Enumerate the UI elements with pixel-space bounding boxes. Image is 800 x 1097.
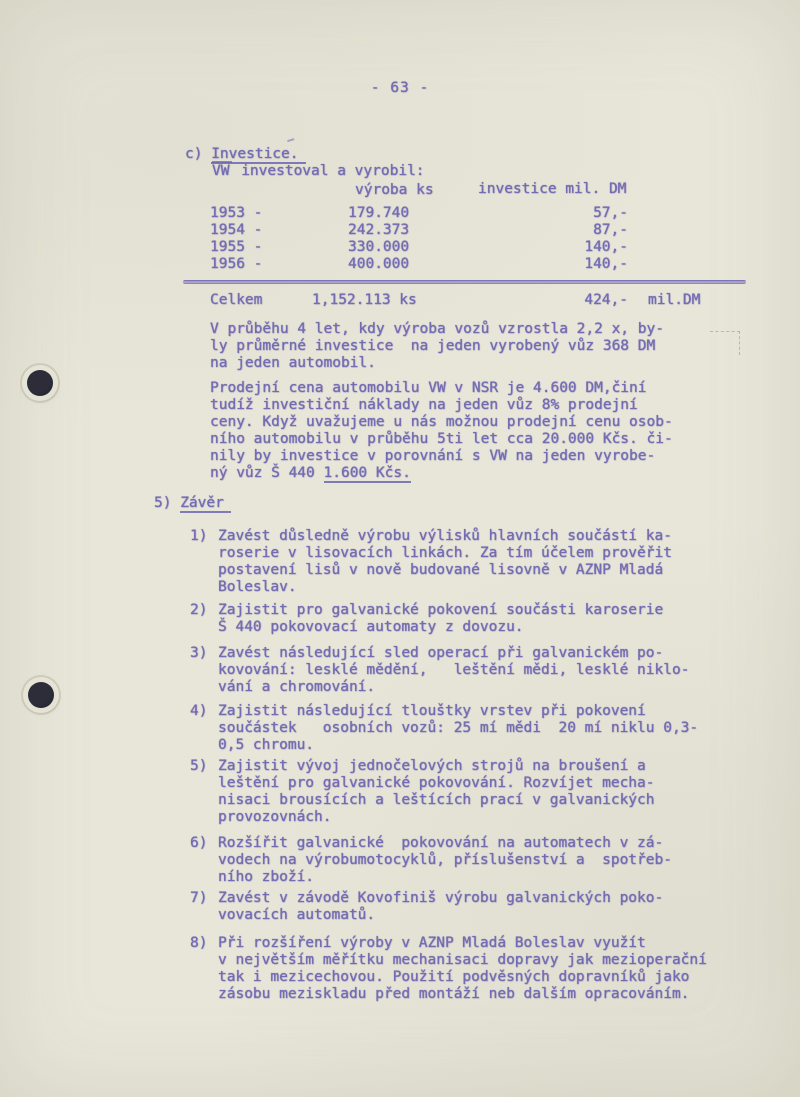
list-item-number: 7) [190,890,207,907]
list-item-text: Zajistit pro galvanické pokovení součást… [218,602,663,636]
year-cell: 1953 - [210,205,262,222]
underlined-value: 1.600 Kčs. [324,465,411,483]
year-cell: 1955 - [210,239,262,256]
production-cell: 400.000 [348,256,409,273]
list-item-text: Rozšířit galvanické pokovování na automa… [218,835,672,886]
production-cell: 242.373 [348,222,409,239]
punch-hole-top [27,370,53,396]
production-cell: 330.000 [348,239,409,256]
list-item-text: Zajistit vývoj jednočelových strojů na b… [218,758,655,826]
investment-cell: 57,- [540,205,628,222]
page-number: - 63 - [0,80,800,97]
vw-abbrev: VW [212,161,232,179]
section-5-label: 5) [154,495,171,511]
total-investment: 424,- [540,292,628,309]
pencil-annotation [710,331,740,355]
section-c-label: c) [185,146,202,162]
investment-cell: 140,- [540,239,628,256]
list-item-text: Zavést následující sled operací při galv… [218,645,689,696]
paragraph-price-comparison: Prodejní cena automobilu VW v NSR je 4.6… [210,380,673,482]
list-item-number: 6) [190,835,207,852]
table-col1-header: výroba ks [355,182,434,199]
investment-cell: 87,- [540,222,628,239]
section-c-subtitle: VW investoval a vyrobil: [212,163,425,180]
list-item-number: 2) [190,602,207,619]
list-item-text: Při rozšíření výroby v AZNP Mladá Bolesl… [218,935,707,1003]
list-item-number: 3) [190,645,207,662]
investment-cell: 140,- [540,256,628,273]
table-col2-header: investice mil. DM [478,181,626,198]
list-item-text: Zavést důsledně výrobu výlisků hlavních … [218,528,672,596]
section-5-heading: 5) Závěr [154,495,231,512]
list-item-number: 1) [190,528,207,545]
document-page: - 63 - c) Investice. VW investoval a vyr… [0,0,800,1097]
list-item-number: 4) [190,703,207,720]
year-cell: 1954 - [210,222,262,239]
year-cell: 1956 - [210,256,262,273]
table-rule [183,280,746,284]
list-item-number: 8) [190,935,207,952]
list-item-text: Zavést v závodě Kovofiniš výrobu galvani… [218,890,663,924]
total-label: Celkem [210,292,262,309]
list-item-text: Zajistit následující tlouštky vrstev při… [218,703,698,754]
section-c-heading: c) Investice. [185,146,306,163]
total-unit: mil.DM [648,292,700,309]
production-cell: 179.740 [348,205,409,222]
paragraph-investment-summary: V průběhu 4 let, kdy výroba vozů vzrostl… [210,321,664,372]
section-5-title: Závěr [180,495,231,513]
punch-hole-bottom [28,682,54,708]
list-item-number: 5) [190,758,207,775]
total-production: 1,152.113 ks [312,292,417,309]
